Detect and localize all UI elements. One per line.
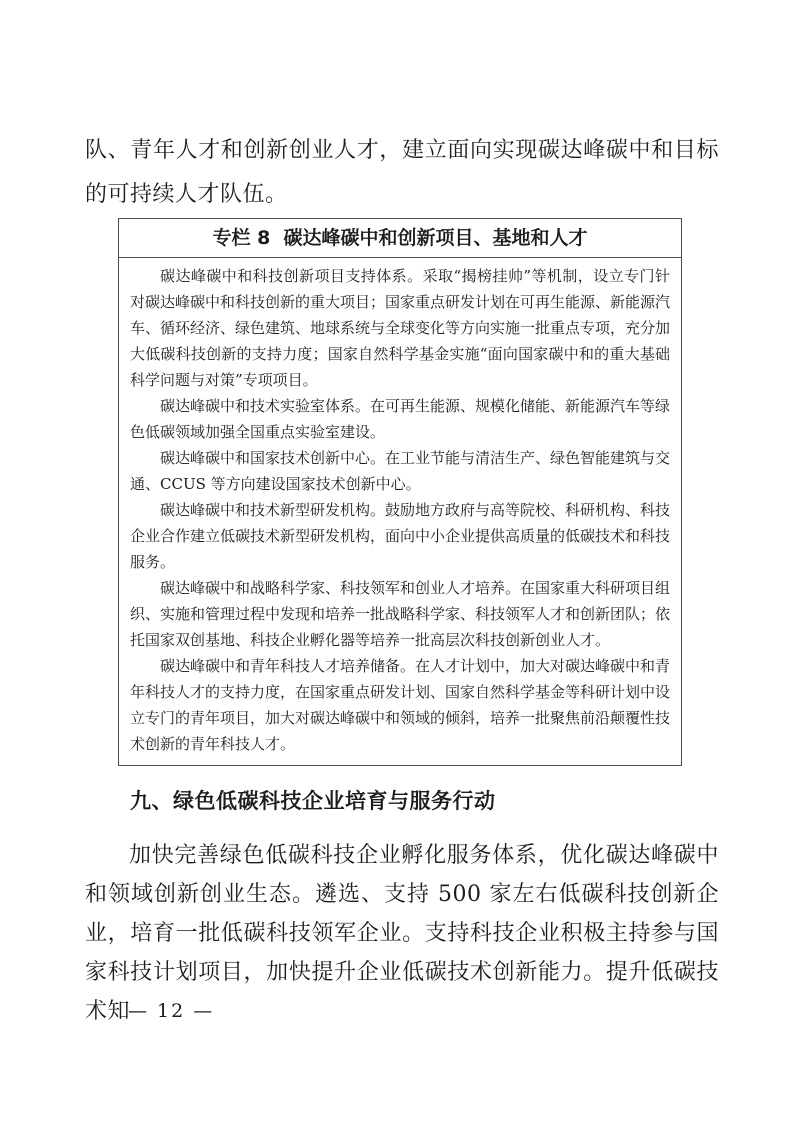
- intro-paragraph: 队、青年人才和创新创业人才，建立面向实现碳达峰碳中和目标的可持续人才队伍。: [85, 129, 719, 217]
- box-paragraph-laboratory-system: 碳达峰碳中和技术实验室体系。在可再生能源、规模化储能、新能源汽车等绿色低碳领域加…: [130, 393, 670, 445]
- section-nine-heading: 九、绿色低碳科技企业培育与服务行动: [130, 786, 496, 816]
- column-8-title: 专栏 8 碳达峰碳中和创新项目、基地和人才: [119, 219, 681, 258]
- box-paragraph-rnd-institutions: 碳达峰碳中和技术新型研发机构。鼓励地方政府与高等院校、科研机构、科技企业合作建立…: [130, 497, 670, 575]
- box-paragraph-project-support: 碳达峰碳中和科技创新项目支持体系。采取“揭榜挂帅”等机制，设立专门针对碳达峰碳中…: [130, 263, 670, 393]
- column-8-body: 碳达峰碳中和科技创新项目支持体系。采取“揭榜挂帅”等机制，设立专门针对碳达峰碳中…: [119, 258, 681, 765]
- document-page: 队、青年人才和创新创业人才，建立面向实现碳达峰碳中和目标的可持续人才队伍。 专栏…: [0, 0, 800, 1131]
- box-paragraph-youth-talent: 碳达峰碳中和青年科技人才培养储备。在人才计划中，加大对碳达峰碳中和青年科技人才的…: [130, 653, 670, 757]
- box-paragraph-scientist-training: 碳达峰碳中和战略科学家、科技领军和创业人才培养。在国家重大科研项目组织、实施和管…: [130, 575, 670, 653]
- column-8-panel: 专栏 8 碳达峰碳中和创新项目、基地和人才 碳达峰碳中和科技创新项目支持体系。采…: [118, 218, 682, 766]
- box-paragraph-innovation-center: 碳达峰碳中和国家技术创新中心。在工业节能与清洁生产、绿色智能建筑与交通、CCUS…: [130, 445, 670, 497]
- page-number: — 12 —: [128, 1000, 214, 1022]
